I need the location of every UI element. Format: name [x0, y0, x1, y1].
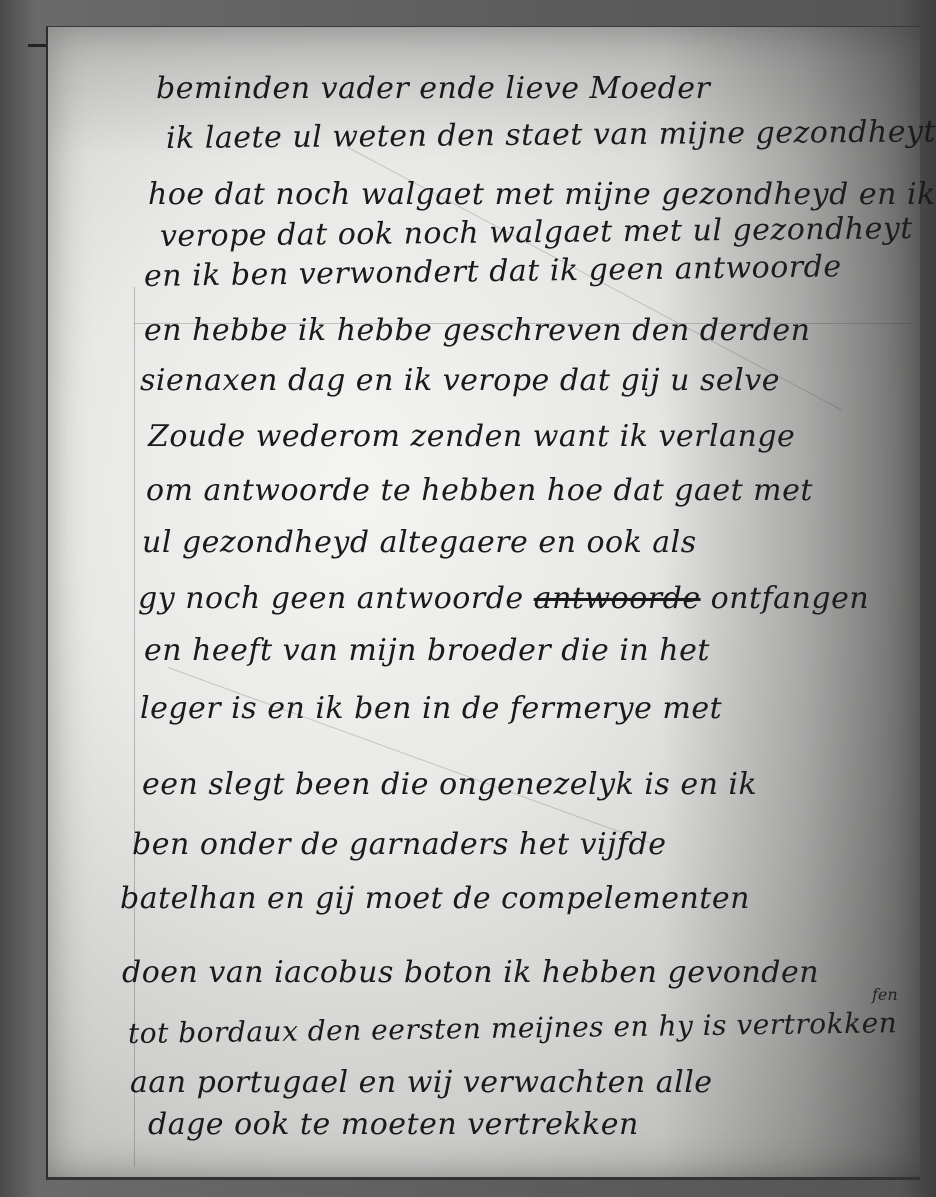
- letter-line: een slegt been die ongenezelyk is en ik: [142, 767, 757, 802]
- letter-line: hoe dat noch walgaet met mijne gezondhey…: [148, 177, 936, 212]
- letter-line: en ik ben verwondert dat ik geen antwoor…: [144, 249, 842, 294]
- letter-sheet: beminden vader ende lieve Moeder ik laet…: [46, 26, 920, 1180]
- letter-line: en heeft van mijn broeder die in het: [144, 633, 710, 668]
- letter-line: ul gezondheyd altegaere en ook als: [142, 525, 697, 560]
- letter-line: verope dat ook noch walgaet met ul gezon…: [160, 211, 913, 254]
- margin-note: fen: [872, 985, 898, 1004]
- letter-text: beminden vader ende lieve Moeder ik laet…: [48, 27, 920, 1177]
- letter-line: gy noch geen antwoorde antwoorde ontfang…: [138, 581, 869, 616]
- letter-line: aan portugael en wij verwachten alle: [130, 1065, 713, 1100]
- line-text: gy noch geen antwoorde: [138, 581, 524, 616]
- struck-word: antwoorde: [534, 581, 701, 616]
- letter-line: tot bordaux den eersten meijnes en hy is…: [128, 1006, 898, 1050]
- letter-line: batelhan en gij moet de compelementen: [120, 881, 750, 916]
- letter-line: om antwoorde te hebben hoe dat gaet met: [146, 473, 813, 508]
- letter-line: en hebbe ik hebbe geschreven den derden: [144, 313, 811, 348]
- letter-line: doen van iacobus boton ik hebben gevonde…: [122, 955, 819, 990]
- letter-line: Zoude wederom zenden want ik verlange: [148, 419, 795, 454]
- letter-line: sienaxen dag en ik verope dat gij u selv…: [140, 363, 780, 398]
- letter-line: ben onder de garnaders het vijfde: [132, 827, 666, 862]
- letter-line: leger is en ik ben in de fermerye met: [140, 691, 722, 726]
- letter-line: beminden vader ende lieve Moeder: [156, 71, 710, 106]
- letter-line: dage ook te moeten vertrekken: [148, 1107, 639, 1142]
- letter-line: ik laete ul weten den staet van mijne ge…: [166, 114, 936, 156]
- line-text: ontfangen: [711, 581, 870, 616]
